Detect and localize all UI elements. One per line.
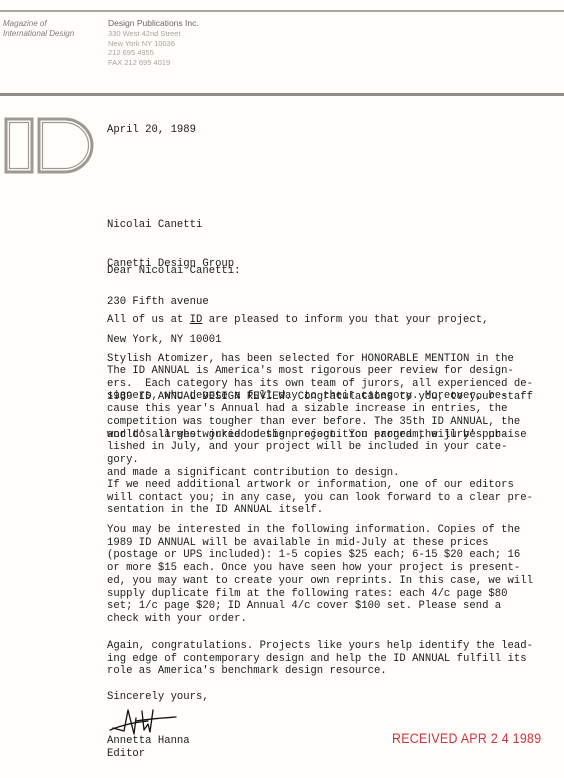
paragraph-line: and made a significant contribution to d…: [107, 467, 557, 480]
signature-icon: [108, 708, 178, 736]
text-run: All of us at: [107, 314, 190, 326]
top-rule: [0, 10, 564, 12]
paragraph-annual: The ID ANNUAL is America's most rigorous…: [107, 365, 557, 467]
signer-title: Editor: [107, 748, 557, 761]
paragraph-line: ed, you may want to create your own repr…: [107, 575, 557, 588]
text-run: are pleased to inform you that your proj…: [202, 314, 488, 326]
tagline-line: Magazine of: [3, 19, 74, 29]
company-name: Design Publications Inc.: [108, 18, 199, 29]
received-stamp: RECEIVED APR 2 4 1989: [392, 731, 541, 746]
id-underlined: ID: [190, 314, 203, 326]
id-logo-icon: [4, 117, 96, 175]
paragraph-line: 1989 ID ANNUAL will be available in mid-…: [107, 537, 557, 550]
paragraph-line: lished in July, and your project will be…: [107, 441, 557, 454]
paragraph-line: will contact you; in any case, you can l…: [107, 492, 557, 505]
letterhead-address: Design Publications Inc. 330 West 42nd S…: [108, 18, 199, 67]
paragraph-line: world's largest juried design recognitio…: [107, 429, 557, 442]
paragraph-line: role as America's benchmark design resou…: [107, 665, 557, 678]
paragraph-line: set; 1/c page $20; ID Annual 4/c cover $…: [107, 600, 557, 613]
paragraph-line: ers. Each category has its own team of j…: [107, 378, 557, 391]
closing: Sincerely yours,: [107, 691, 557, 704]
paragraph-line: sentation in the ID ANNUAL itself.: [107, 504, 557, 517]
paragraph-line: Stylish Atomizer, has been selected for …: [107, 353, 557, 366]
address-line: New York NY 10036: [108, 39, 199, 49]
paragraph-line: cause this year's Annual had a sizable i…: [107, 403, 557, 416]
fax-line: FAX 212 695 4019: [108, 58, 199, 68]
recipient-name: Nicolai Canetti: [107, 219, 557, 232]
paragraph-line: The ID ANNUAL is America's most rigorous…: [107, 365, 557, 378]
header-rule: [0, 93, 564, 96]
paragraph-line: or more $15 each. Once you have seen how…: [107, 562, 557, 575]
paragraph-line: ing edge of contemporary design and help…: [107, 653, 557, 666]
address-line: 330 West 42nd Street: [108, 29, 199, 39]
paragraph-line: supply duplicate film at the following r…: [107, 588, 557, 601]
paragraph-line: All of us at ID are pleased to inform yo…: [107, 314, 557, 327]
paragraph-line: (postage or UPS included): 1-5 copies $2…: [107, 549, 557, 562]
phone-line: 212 695 4955: [108, 48, 199, 58]
paragraph-congratulations: Again, congratulations. Projects like yo…: [107, 640, 557, 678]
letter-date: April 20, 1989: [107, 124, 557, 137]
paragraph-line: You may be interested in the following i…: [107, 524, 557, 537]
paragraph-line: competition was tougher than ever before…: [107, 416, 557, 429]
paragraph-prices: You may be interested in the following i…: [107, 524, 557, 626]
paragraph-line: gory.: [107, 454, 557, 467]
paragraph-line: check with your order.: [107, 613, 557, 626]
tagline-line: International Design: [3, 29, 74, 39]
paragraph-line: If we need additional artwork or informa…: [107, 479, 557, 492]
letterhead-tagline: Magazine of International Design: [3, 19, 74, 39]
paragraph-contact: If we need additional artwork or informa…: [107, 479, 557, 517]
paragraph-line: signers, who devote a full day to their …: [107, 390, 557, 403]
paragraph-line: Again, congratulations. Projects like yo…: [107, 640, 557, 653]
salutation: Dear Nicolai Canetti:: [107, 265, 557, 278]
